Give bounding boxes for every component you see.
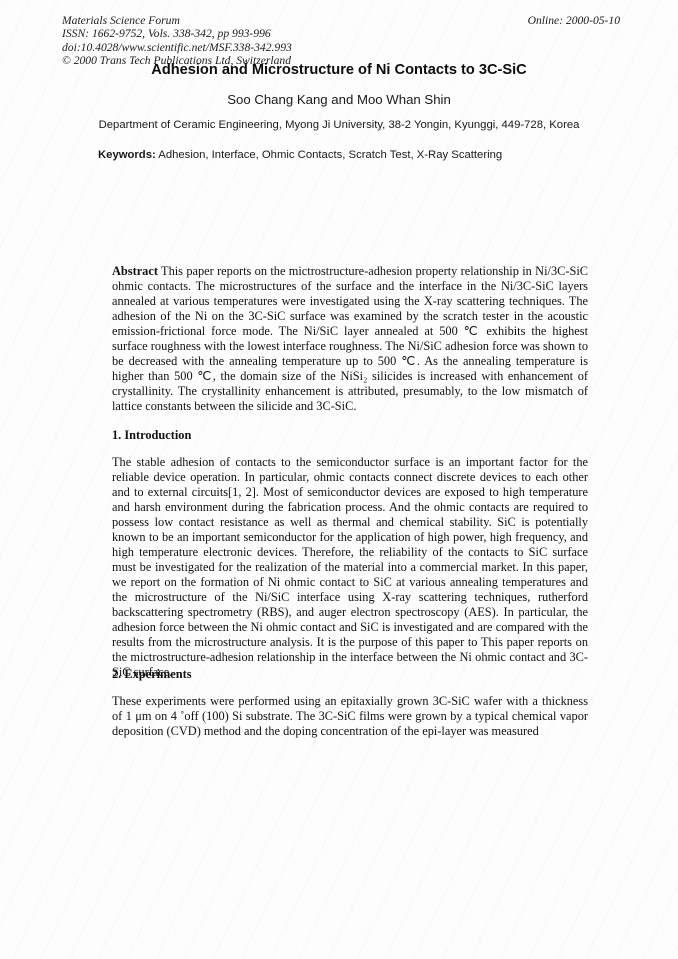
journal-header-left: Materials Science Forum ISSN: 1662-9752,… <box>62 14 292 68</box>
keywords-label: Keywords: <box>98 149 156 161</box>
section-heading-experiments: 2. Experiments <box>112 667 588 682</box>
authors: Soo Chang Kang and Moo Whan Shin <box>60 92 618 107</box>
keywords-list: Adhesion, Interface, Ohmic Contacts, Scr… <box>156 149 502 161</box>
keywords-line: Keywords: Adhesion, Interface, Ohmic Con… <box>98 149 618 161</box>
abstract-text: This paper reports on the mictrostructur… <box>112 264 588 413</box>
affiliation: Department of Ceramic Engineering, Myong… <box>40 119 638 131</box>
journal-header: Materials Science Forum ISSN: 1662-9752,… <box>62 14 620 68</box>
journal-name: Materials Science Forum <box>62 14 292 27</box>
doi-line: doi:10.4028/www.scientific.net/MSF.338-3… <box>62 41 292 54</box>
paper-title: Adhesion and Microstructure of Ni Contac… <box>60 62 618 78</box>
abstract-label: Abstract <box>112 264 158 278</box>
experiments-paragraph: These experiments were performed using a… <box>112 694 588 739</box>
abstract-paragraph: Abstract This paper reports on the mictr… <box>112 264 588 414</box>
online-date: Online: 2000-05-10 <box>528 14 620 27</box>
paper-page: Materials Science Forum ISSN: 1662-9752,… <box>0 0 678 959</box>
introduction-paragraph: The stable adhesion of contacts to the s… <box>112 455 588 680</box>
issn-line: ISSN: 1662-9752, Vols. 338-342, pp 993-9… <box>62 27 292 40</box>
section-heading-introduction: 1. Introduction <box>112 428 588 443</box>
